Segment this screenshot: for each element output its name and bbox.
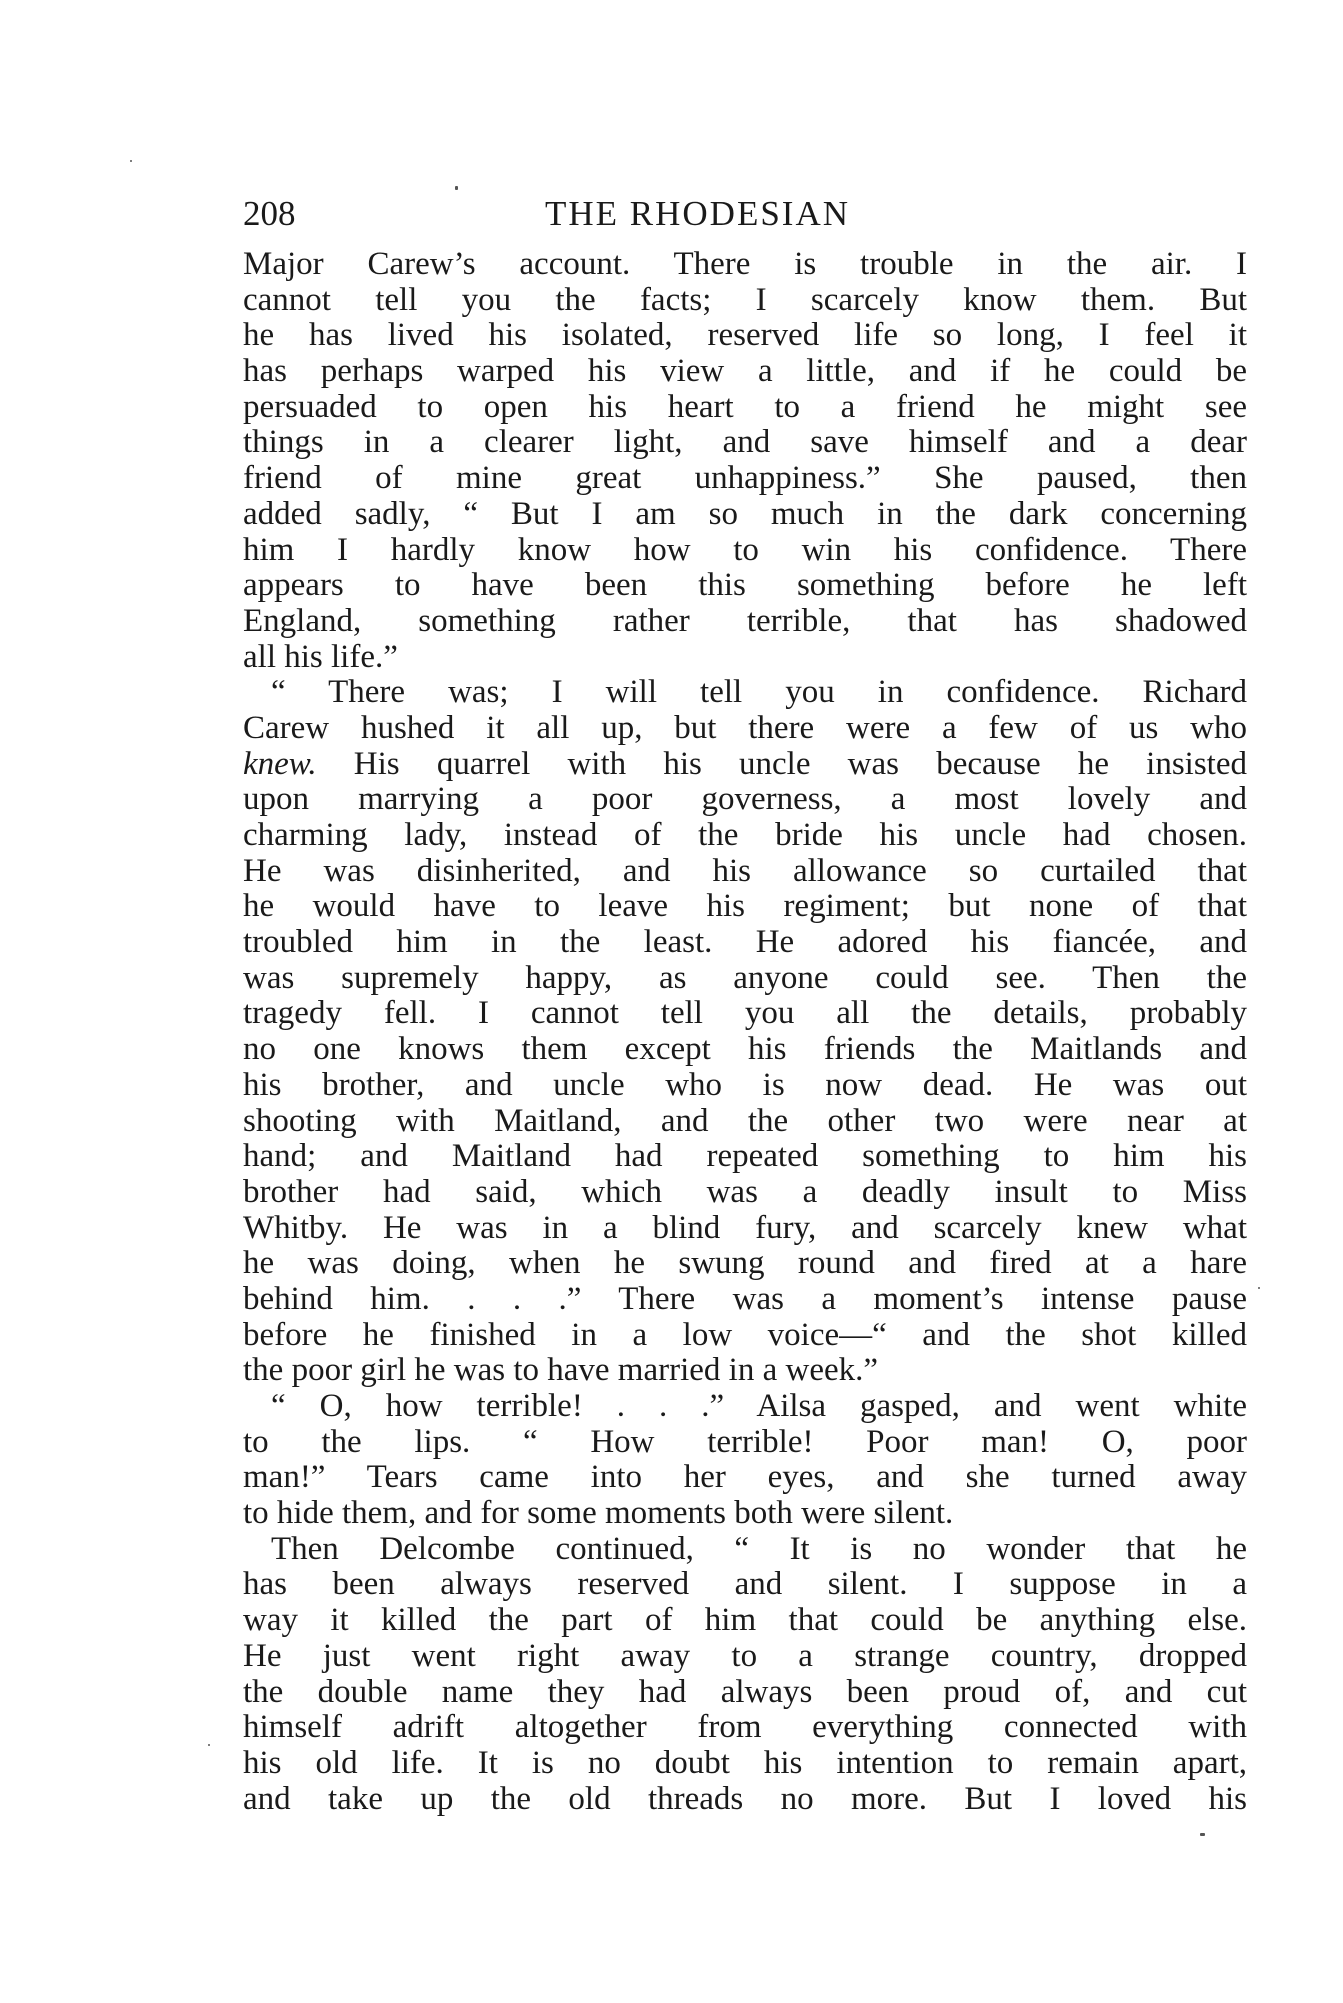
text-line: has been always reserved and silent. I s… bbox=[243, 1567, 1247, 1603]
text-line: England, something rather terrible, that… bbox=[243, 604, 1247, 640]
body-text: Major Carew’s account. There is trouble … bbox=[243, 247, 1247, 1817]
text-line: added sadly, “ But I am so much in the d… bbox=[243, 497, 1247, 533]
text-line: the double name they had always been pro… bbox=[243, 1675, 1247, 1711]
text-line: hand; and Maitland had repeated somethin… bbox=[243, 1139, 1247, 1175]
running-title: THE RHODESIAN bbox=[545, 194, 850, 234]
text-line: brother had said, which was a deadly ins… bbox=[243, 1175, 1247, 1211]
text-line: behind him. . . .” There was a moment’s … bbox=[243, 1282, 1247, 1318]
text-line: he was doing, when he swung round and fi… bbox=[243, 1246, 1247, 1282]
running-head: 208 THE RHODESIAN bbox=[243, 194, 1247, 234]
text-line: to hide them, and for some moments both … bbox=[243, 1496, 1247, 1532]
page-number: 208 bbox=[243, 194, 296, 234]
text-line: all his life.” bbox=[243, 640, 1247, 676]
text-line: to the lips. “ How terrible! Poor man! O… bbox=[243, 1425, 1247, 1461]
text-line: way it killed the part of him that could… bbox=[243, 1603, 1247, 1639]
text-line: He was disinherited, and his allowance s… bbox=[243, 854, 1247, 890]
scan-speck bbox=[1200, 1833, 1205, 1836]
text-line: troubled him in the least. He adored his… bbox=[243, 925, 1247, 961]
text-line: shooting with Maitland, and the other tw… bbox=[243, 1104, 1247, 1140]
text-line: things in a clearer light, and save hims… bbox=[243, 425, 1247, 461]
scan-speck bbox=[130, 160, 132, 162]
text-line: tragedy fell. I cannot tell you all the … bbox=[243, 996, 1247, 1032]
scan-speck bbox=[1258, 1287, 1260, 1289]
text-line: “ There was; I will tell you in confiden… bbox=[243, 675, 1247, 711]
italic-word: knew. bbox=[243, 746, 317, 782]
text-line: cannot tell you the facts; I scarcely kn… bbox=[243, 283, 1247, 319]
scan-speck bbox=[208, 1744, 210, 1746]
scan-speck bbox=[455, 186, 458, 190]
text-line: has perhaps warped his view a little, an… bbox=[243, 354, 1247, 390]
text-line: his brother, and uncle who is now dead. … bbox=[243, 1068, 1247, 1104]
text-line: “ O, how terrible! . . .” Ailsa gasped, … bbox=[243, 1389, 1247, 1425]
text-line: appears to have been this something befo… bbox=[243, 568, 1247, 604]
text-line: friend of mine great unhappiness.” She p… bbox=[243, 461, 1247, 497]
text-line: Whitby. He was in a blind fury, and scar… bbox=[243, 1211, 1247, 1247]
text-line: was supremely happy, as anyone could see… bbox=[243, 961, 1247, 997]
text-line: no one knows them except his friends the… bbox=[243, 1032, 1247, 1068]
text-line: before he finished in a low voice—“ and … bbox=[243, 1318, 1247, 1354]
text-line: persuaded to open his heart to a friend … bbox=[243, 390, 1247, 426]
text-line: man!” Tears came into her eyes, and she … bbox=[243, 1460, 1247, 1496]
text-line: He just went right away to a strange cou… bbox=[243, 1639, 1247, 1675]
text-line: Then Delcombe continued, “ It is no wond… bbox=[243, 1532, 1247, 1568]
text-line: upon marrying a poor governess, a most l… bbox=[243, 782, 1247, 818]
text-line: himself adrift altogether from everythin… bbox=[243, 1710, 1247, 1746]
text-line: he would have to leave his regiment; but… bbox=[243, 889, 1247, 925]
text-line: the poor girl he was to have married in … bbox=[243, 1353, 1247, 1389]
text-line: Major Carew’s account. There is trouble … bbox=[243, 247, 1247, 283]
text-line: knew. His quarrel with his uncle was bec… bbox=[243, 747, 1247, 783]
text-line: he has lived his isolated, reserved life… bbox=[243, 318, 1247, 354]
text-line: his old life. It is no doubt his intenti… bbox=[243, 1746, 1247, 1782]
text-line: him I hardly know how to win his confide… bbox=[243, 533, 1247, 569]
text-line: Carew hushed it all up, but there were a… bbox=[243, 711, 1247, 747]
text-line: charming lady, instead of the bride his … bbox=[243, 818, 1247, 854]
text-line: and take up the old threads no more. But… bbox=[243, 1782, 1247, 1818]
